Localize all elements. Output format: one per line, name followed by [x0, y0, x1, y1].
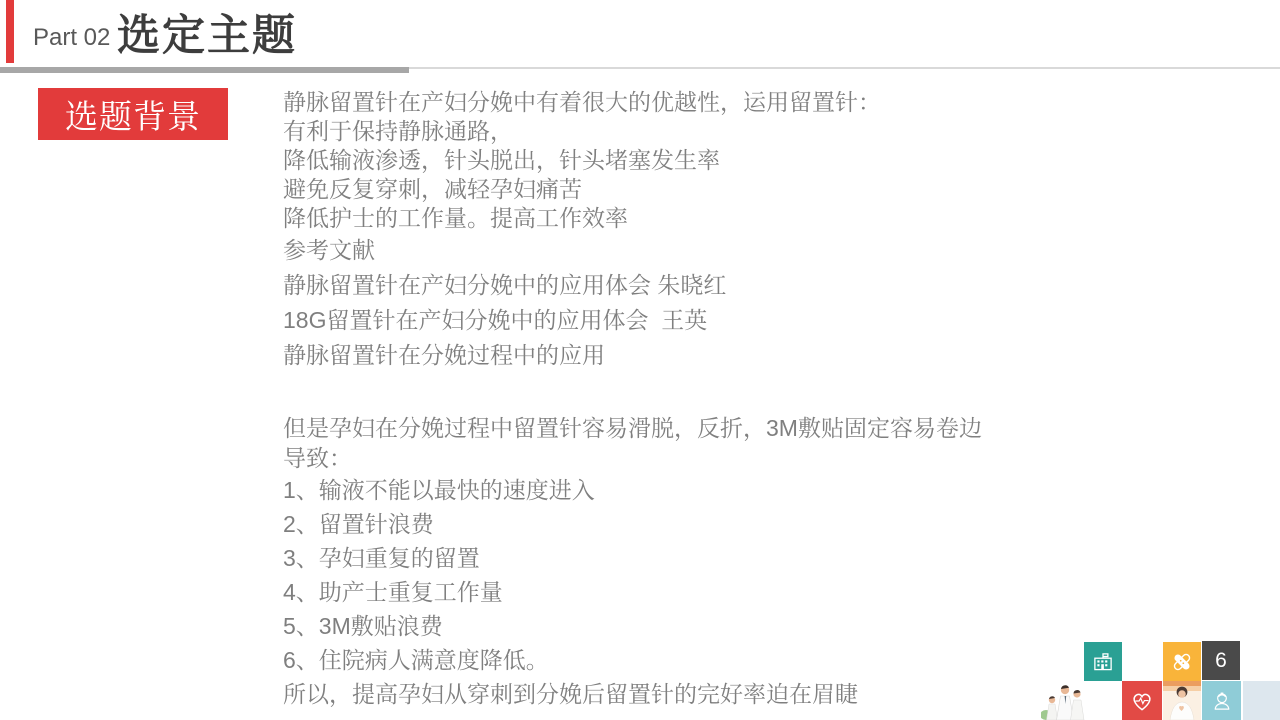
text-line: 有利于保持静脉通路，	[283, 117, 1028, 146]
heart-ecg-tile	[1122, 681, 1162, 720]
text-line: 降低护士的工作量。提高工作效率	[283, 204, 1028, 233]
topic-badge: 选题背景	[38, 88, 228, 140]
text-line: 但是孕妇在分娩过程中留置针容易滑脱，反折，3M敷贴固定容易卷边	[283, 413, 1028, 443]
text-line: 18G留置针在产妇分娩中的应用体会 王英	[283, 303, 1028, 338]
medical-team-photo	[1041, 681, 1091, 720]
slide: Part 02 选定主题 选题背景 静脉留置针在产妇分娩中有着很大的优越性，运用…	[0, 0, 1280, 720]
paragraph-gap	[283, 373, 1028, 413]
list-item: 3、孕妇重复的留置	[283, 541, 1028, 575]
hospital-tile	[1084, 642, 1122, 681]
problem-list: 1、输液不能以最快的速度进入 2、留置针浪费 3、孕妇重复的留置 4、助产士重复…	[283, 473, 1028, 711]
nurse-tile	[1202, 681, 1241, 720]
blank-tile	[1243, 681, 1280, 720]
advantages-paragraph: 静脉留置针在产妇分娩中有着很大的优越性，运用留置针： 有利于保持静脉通路， 降低…	[283, 88, 1028, 233]
bandaid-tile	[1163, 642, 1201, 681]
text-line: 所以，提高孕妇从穿刺到分娩后留置针的完好率迫在眉睫	[283, 677, 1028, 711]
list-item: 6、住院病人满意度降低。	[283, 643, 1028, 677]
page-number-tile: 6	[1202, 641, 1240, 680]
header-divider-thin	[409, 67, 1280, 69]
text-line: 降低输液渗透，针头脱出，针头堵塞发生率	[283, 146, 1028, 175]
text-line: 静脉留置针在产妇分娩中的应用体会 朱晓红	[283, 268, 1028, 303]
list-item: 5、3M敷贴浪费	[283, 609, 1028, 643]
bandaid-cross-icon	[1169, 649, 1195, 675]
text-line: 静脉留置针在分娩过程中的应用	[283, 338, 1028, 373]
list-item: 1、输液不能以最快的速度进入	[283, 473, 1028, 507]
accent-bar	[6, 0, 14, 63]
problem-intro-paragraph: 但是孕妇在分娩过程中留置针容易滑脱，反折，3M敷贴固定容易卷边 导致：	[283, 413, 1028, 473]
text-line: 参考文献	[283, 233, 1028, 268]
page-title: 选定主题	[117, 12, 297, 60]
part-label: Part 02	[33, 26, 110, 50]
references-paragraph: 参考文献 静脉留置针在产妇分娩中的应用体会 朱晓红 18G留置针在产妇分娩中的应…	[283, 233, 1028, 373]
text-line: 导致：	[283, 443, 1028, 473]
text-line: 静脉留置针在产妇分娩中有着很大的优越性，运用留置针：	[283, 88, 1028, 117]
header-divider-thick	[0, 67, 409, 73]
text-line: 避免反复穿刺，减轻孕妇痛苦	[283, 175, 1028, 204]
hospital-icon	[1090, 649, 1116, 675]
nurse-icon	[1209, 688, 1235, 714]
heart-ecg-icon	[1129, 688, 1155, 714]
list-item: 4、助产士重复工作量	[283, 575, 1028, 609]
nurse-heart-hands-photo	[1163, 681, 1201, 720]
list-item: 2、留置针浪费	[283, 507, 1028, 541]
page-number: 6	[1215, 649, 1227, 673]
body-text-block: 静脉留置针在产妇分娩中有着很大的优越性，运用留置针： 有利于保持静脉通路， 降低…	[283, 88, 1028, 711]
